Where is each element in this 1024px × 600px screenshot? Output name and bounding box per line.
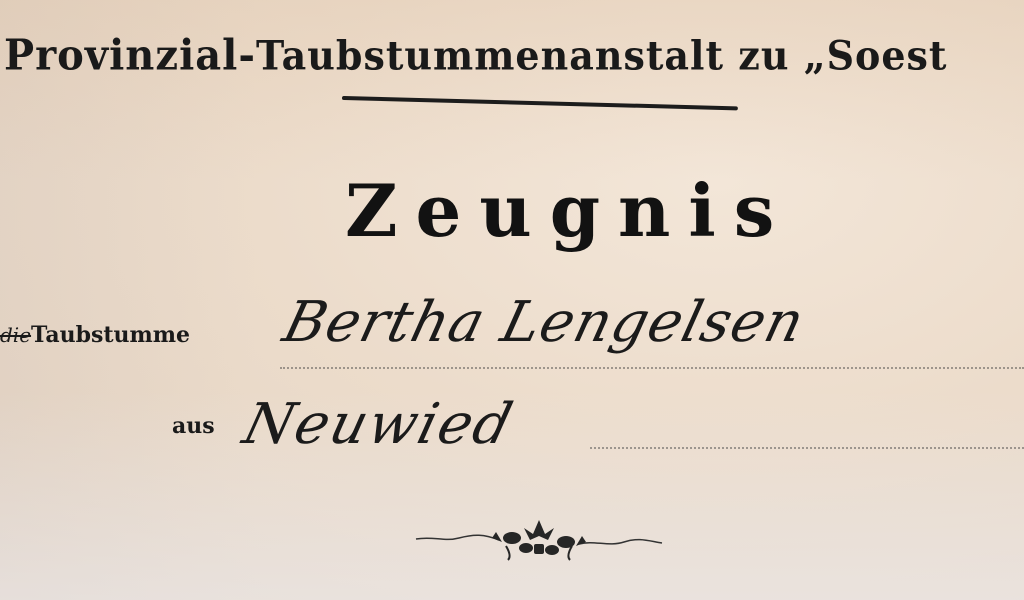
header-underline xyxy=(342,96,738,110)
label-correction: die xyxy=(0,323,31,347)
field-label-aus: aus xyxy=(172,413,215,439)
institution-header: Provinzial-Taubstummenanstalt zu „Soest xyxy=(4,31,947,80)
field-label-taubstumme: dieTaubstumme xyxy=(0,322,190,348)
header-institution: Taubstummenanstalt zu „Soest xyxy=(256,32,948,79)
header-prefix: Provinzial- xyxy=(4,31,256,80)
certificate-title: Zeugnis xyxy=(345,168,792,253)
handwritten-name: Bertha Lengelsen xyxy=(277,290,811,355)
floral-ornament-icon xyxy=(414,514,664,564)
fill-in-line-town xyxy=(590,447,1024,449)
label-text: Taubstumme xyxy=(31,322,190,348)
handwritten-town: Neuwied xyxy=(237,392,520,457)
fill-in-line-name xyxy=(280,367,1024,369)
